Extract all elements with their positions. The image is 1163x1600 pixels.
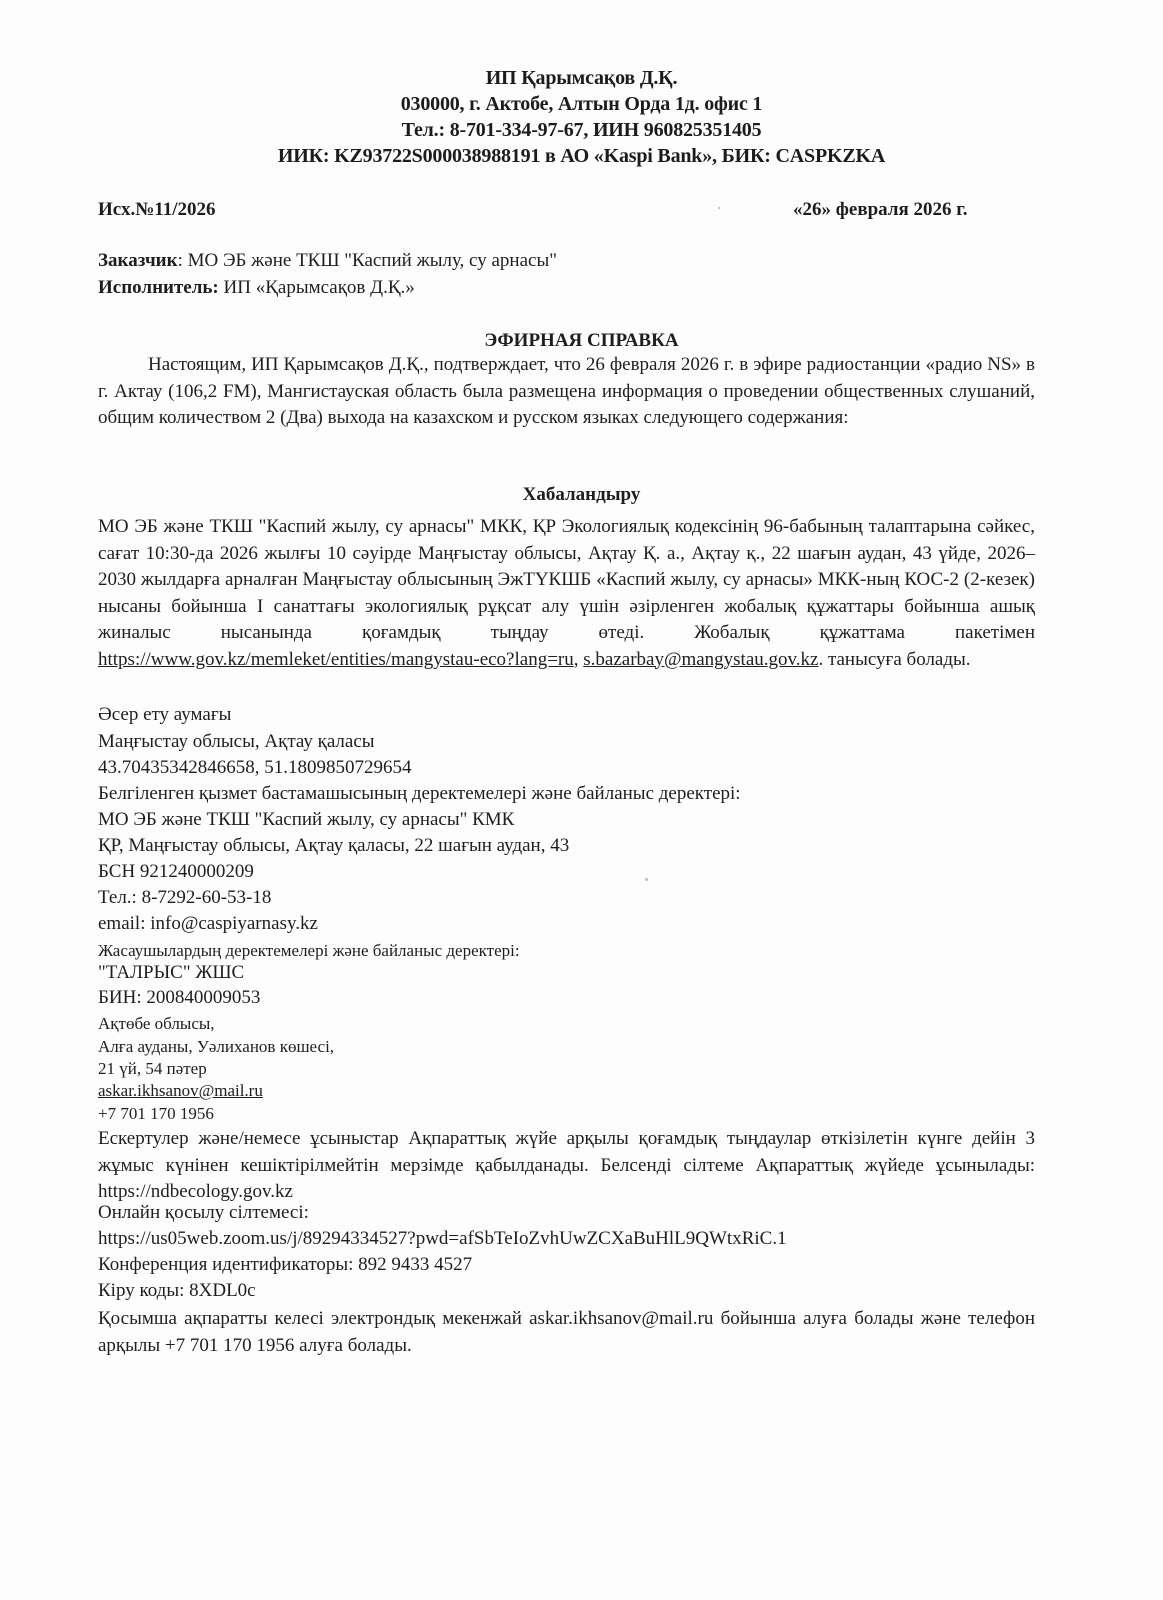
initiator-phone: Тел.: 8-7292-60-53-18 (98, 887, 271, 909)
initiator-bin: БСН 921240000209 (98, 861, 254, 883)
announcement-body-tail: . танысуға болады. (818, 649, 970, 670)
impact-area: Маңғыстау облысы, Ақтау қаласы (98, 731, 375, 753)
developer-apartment: 21 үй, 54 пәтер (98, 1059, 207, 1079)
executor-label: Исполнитель: (98, 277, 219, 298)
initiator-name: МО ЭБ және ТКШ "Каспий жылу, су арнасы" … (98, 809, 514, 831)
outgoing-number: Исх.№11/2026 (98, 199, 216, 221)
additional-info-paragraph: Қосымша ақпаратты келесі электрондық мек… (98, 1306, 1035, 1359)
announcement-title: Хабаландыру (0, 484, 1163, 506)
initiator-address: ҚР, Маңғыстау облысы, Ақтау қаласы, 22 ш… (98, 835, 569, 857)
developer-bin: БИН: 200840009053 (98, 987, 260, 1009)
developer-region: Ақтөбе облысы, (98, 1014, 215, 1034)
executor-value: ИП «Қарымсақов Д.Қ.» (219, 277, 415, 298)
customer-label: Заказчик (98, 250, 178, 271)
impact-label: Әсер ету аумағы (98, 704, 231, 726)
document-page: ИП Қарымсақов Д.Қ. 030000, г. Актобе, Ал… (0, 0, 1163, 1600)
scan-speck (718, 207, 720, 209)
letterhead-bank: ИИК: KZ93722S000038988191 в АО «Kaspi Ba… (0, 145, 1163, 168)
initiator-email: email: info@caspiyarnasy.kz (98, 913, 318, 935)
coordinates: 43.70435342846658, 51.1809850729654 (98, 757, 412, 779)
link-separator: , (574, 649, 584, 670)
customer-value: : МО ЭБ және ТКШ "Каспий жылу, су арнасы… (178, 250, 557, 271)
remarks-paragraph: Ескертулер және/немесе ұсыныстар Ақпарат… (98, 1126, 1035, 1206)
conference-id: Конференция идентификаторы: 892 9433 452… (98, 1254, 472, 1276)
access-code: Кіру коды: 8XDL0c (98, 1280, 256, 1302)
customer-line: Заказчик: МО ЭБ және ТКШ "Каспий жылу, с… (98, 250, 557, 272)
document-date: «26» февраля 2026 г. (793, 199, 968, 221)
online-label: Онлайн қосылу сілтемесі: (98, 1202, 309, 1224)
developer-email-link[interactable]: askar.ikhsanov@mail.ru (98, 1081, 263, 1101)
bazarbay-email-link[interactable]: s.bazarbay@mangystau.gov.kz (583, 649, 818, 670)
initiator-label: Белгіленген қызмет бастамашысының дерект… (98, 783, 741, 805)
document-title: ЭФИРНАЯ СПРАВКА (0, 330, 1163, 352)
executor-line: Исполнитель: ИП «Қарымсақов Д.Қ.» (98, 277, 415, 299)
letterhead-phone-iin: Тел.: 8-701-334-97-67, ИИН 960825351405 (0, 119, 1163, 142)
letterhead-address: 030000, г. Актобе, Алтын Орда 1д. офис 1 (0, 93, 1163, 116)
intro-paragraph: Настоящим, ИП Қарымсақов Д.Қ., подтвержд… (98, 352, 1035, 432)
developer-name: "ТАЛРЫС" ЖШС (98, 962, 244, 984)
developer-street: Алға ауданы, Уәлиханов көшесі, (98, 1037, 334, 1057)
online-zoom-link[interactable]: https://us05web.zoom.us/j/89294334527?pw… (98, 1228, 787, 1250)
letterhead-company: ИП Қарымсақов Д.Қ. (0, 67, 1163, 90)
project-docs-link[interactable]: https://www.gov.kz/memleket/entities/man… (98, 649, 574, 670)
announcement-body: МО ЭБ және ТКШ "Каспий жылу, су арнасы" … (98, 514, 1035, 673)
announcement-body-text: МО ЭБ және ТКШ "Каспий жылу, су арнасы" … (98, 516, 1035, 643)
developer-label: Жасаушылардың деректемелері және байланы… (98, 941, 520, 961)
developer-phone: +7 701 170 1956 (98, 1104, 214, 1124)
scan-speck (645, 878, 648, 881)
